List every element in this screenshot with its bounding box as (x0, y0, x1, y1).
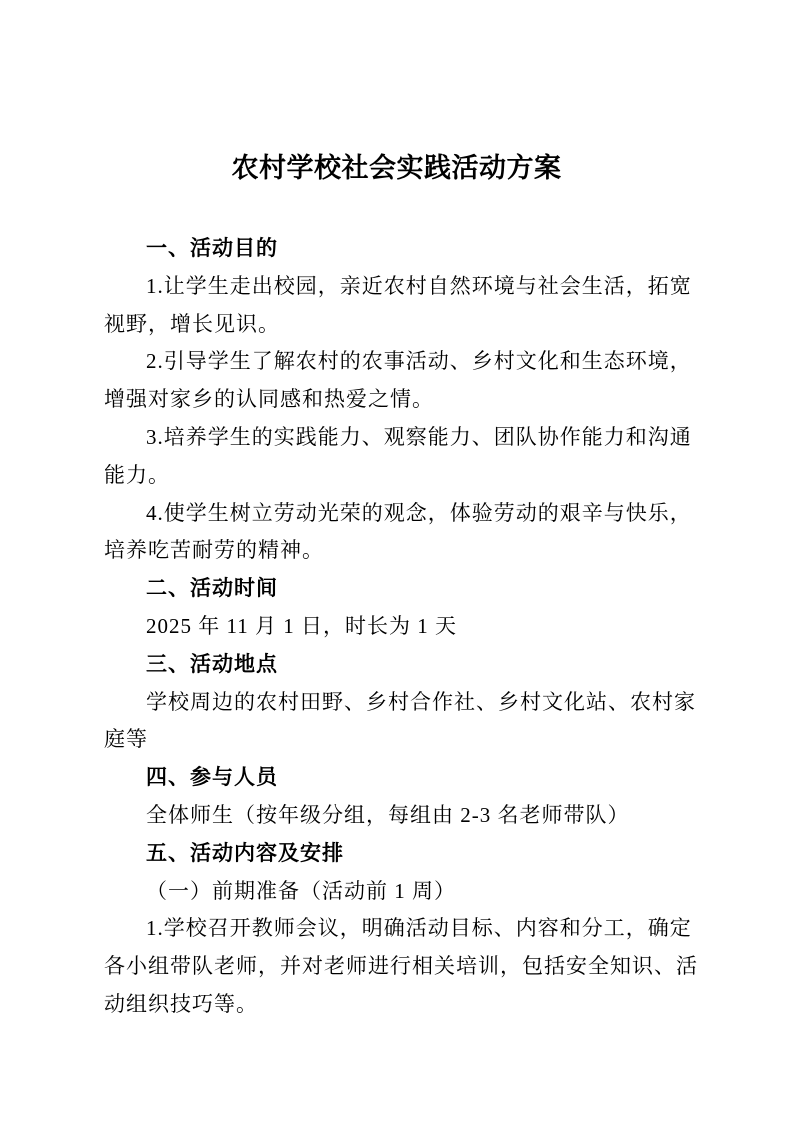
paragraph-purpose-2: 2.引导学生了解农村的农事活动、乡村文化和生态环境， 增强对家乡的认同感和热爱之… (104, 343, 700, 419)
paragraph-activity-time: 2025 年 11 月 1 日，时长为 1 天 (104, 608, 700, 646)
paragraph-preparation-1: 1.学校召开教师会议，明确活动目标、内容和分工，确定 各小组带队老师，并对老师进… (104, 910, 700, 1023)
paragraph-purpose-3: 3.培养学生的实践能力、观察能力、团队协作能力和沟通 能力。 (104, 419, 700, 495)
document-body: 一、活动目的 1.让学生走出校园，亲近农村自然环境与社会生活，拓宽 视野，增长见… (0, 230, 793, 1024)
paragraph-preparation-subhead: （一）前期准备（活动前 1 周） (104, 873, 700, 911)
heading-activity-location: 三、活动地点 (104, 646, 700, 684)
paragraph-purpose-4: 4.使学生树立劳动光荣的观念，体验劳动的艰辛与快乐， 培养吃苦耐劳的精神。 (104, 495, 700, 571)
heading-content-arrangement: 五、活动内容及安排 (104, 835, 700, 873)
paragraph-activity-location: 学校周边的农村田野、乡村合作社、乡村文化站、农村家 庭等 (104, 684, 700, 760)
heading-participants: 四、参与人员 (104, 759, 700, 797)
document-title: 农村学校社会实践活动方案 (0, 148, 793, 188)
heading-activity-purpose: 一、活动目的 (104, 230, 700, 268)
paragraph-participants: 全体师生（按年级分组，每组由 2-3 名老师带队） (104, 797, 700, 835)
heading-activity-time: 二、活动时间 (104, 570, 700, 608)
paragraph-purpose-1: 1.让学生走出校园，亲近农村自然环境与社会生活，拓宽 视野，增长见识。 (104, 268, 700, 344)
document-page: 农村学校社会实践活动方案 一、活动目的 1.让学生走出校园，亲近农村自然环境与社… (0, 0, 793, 1122)
